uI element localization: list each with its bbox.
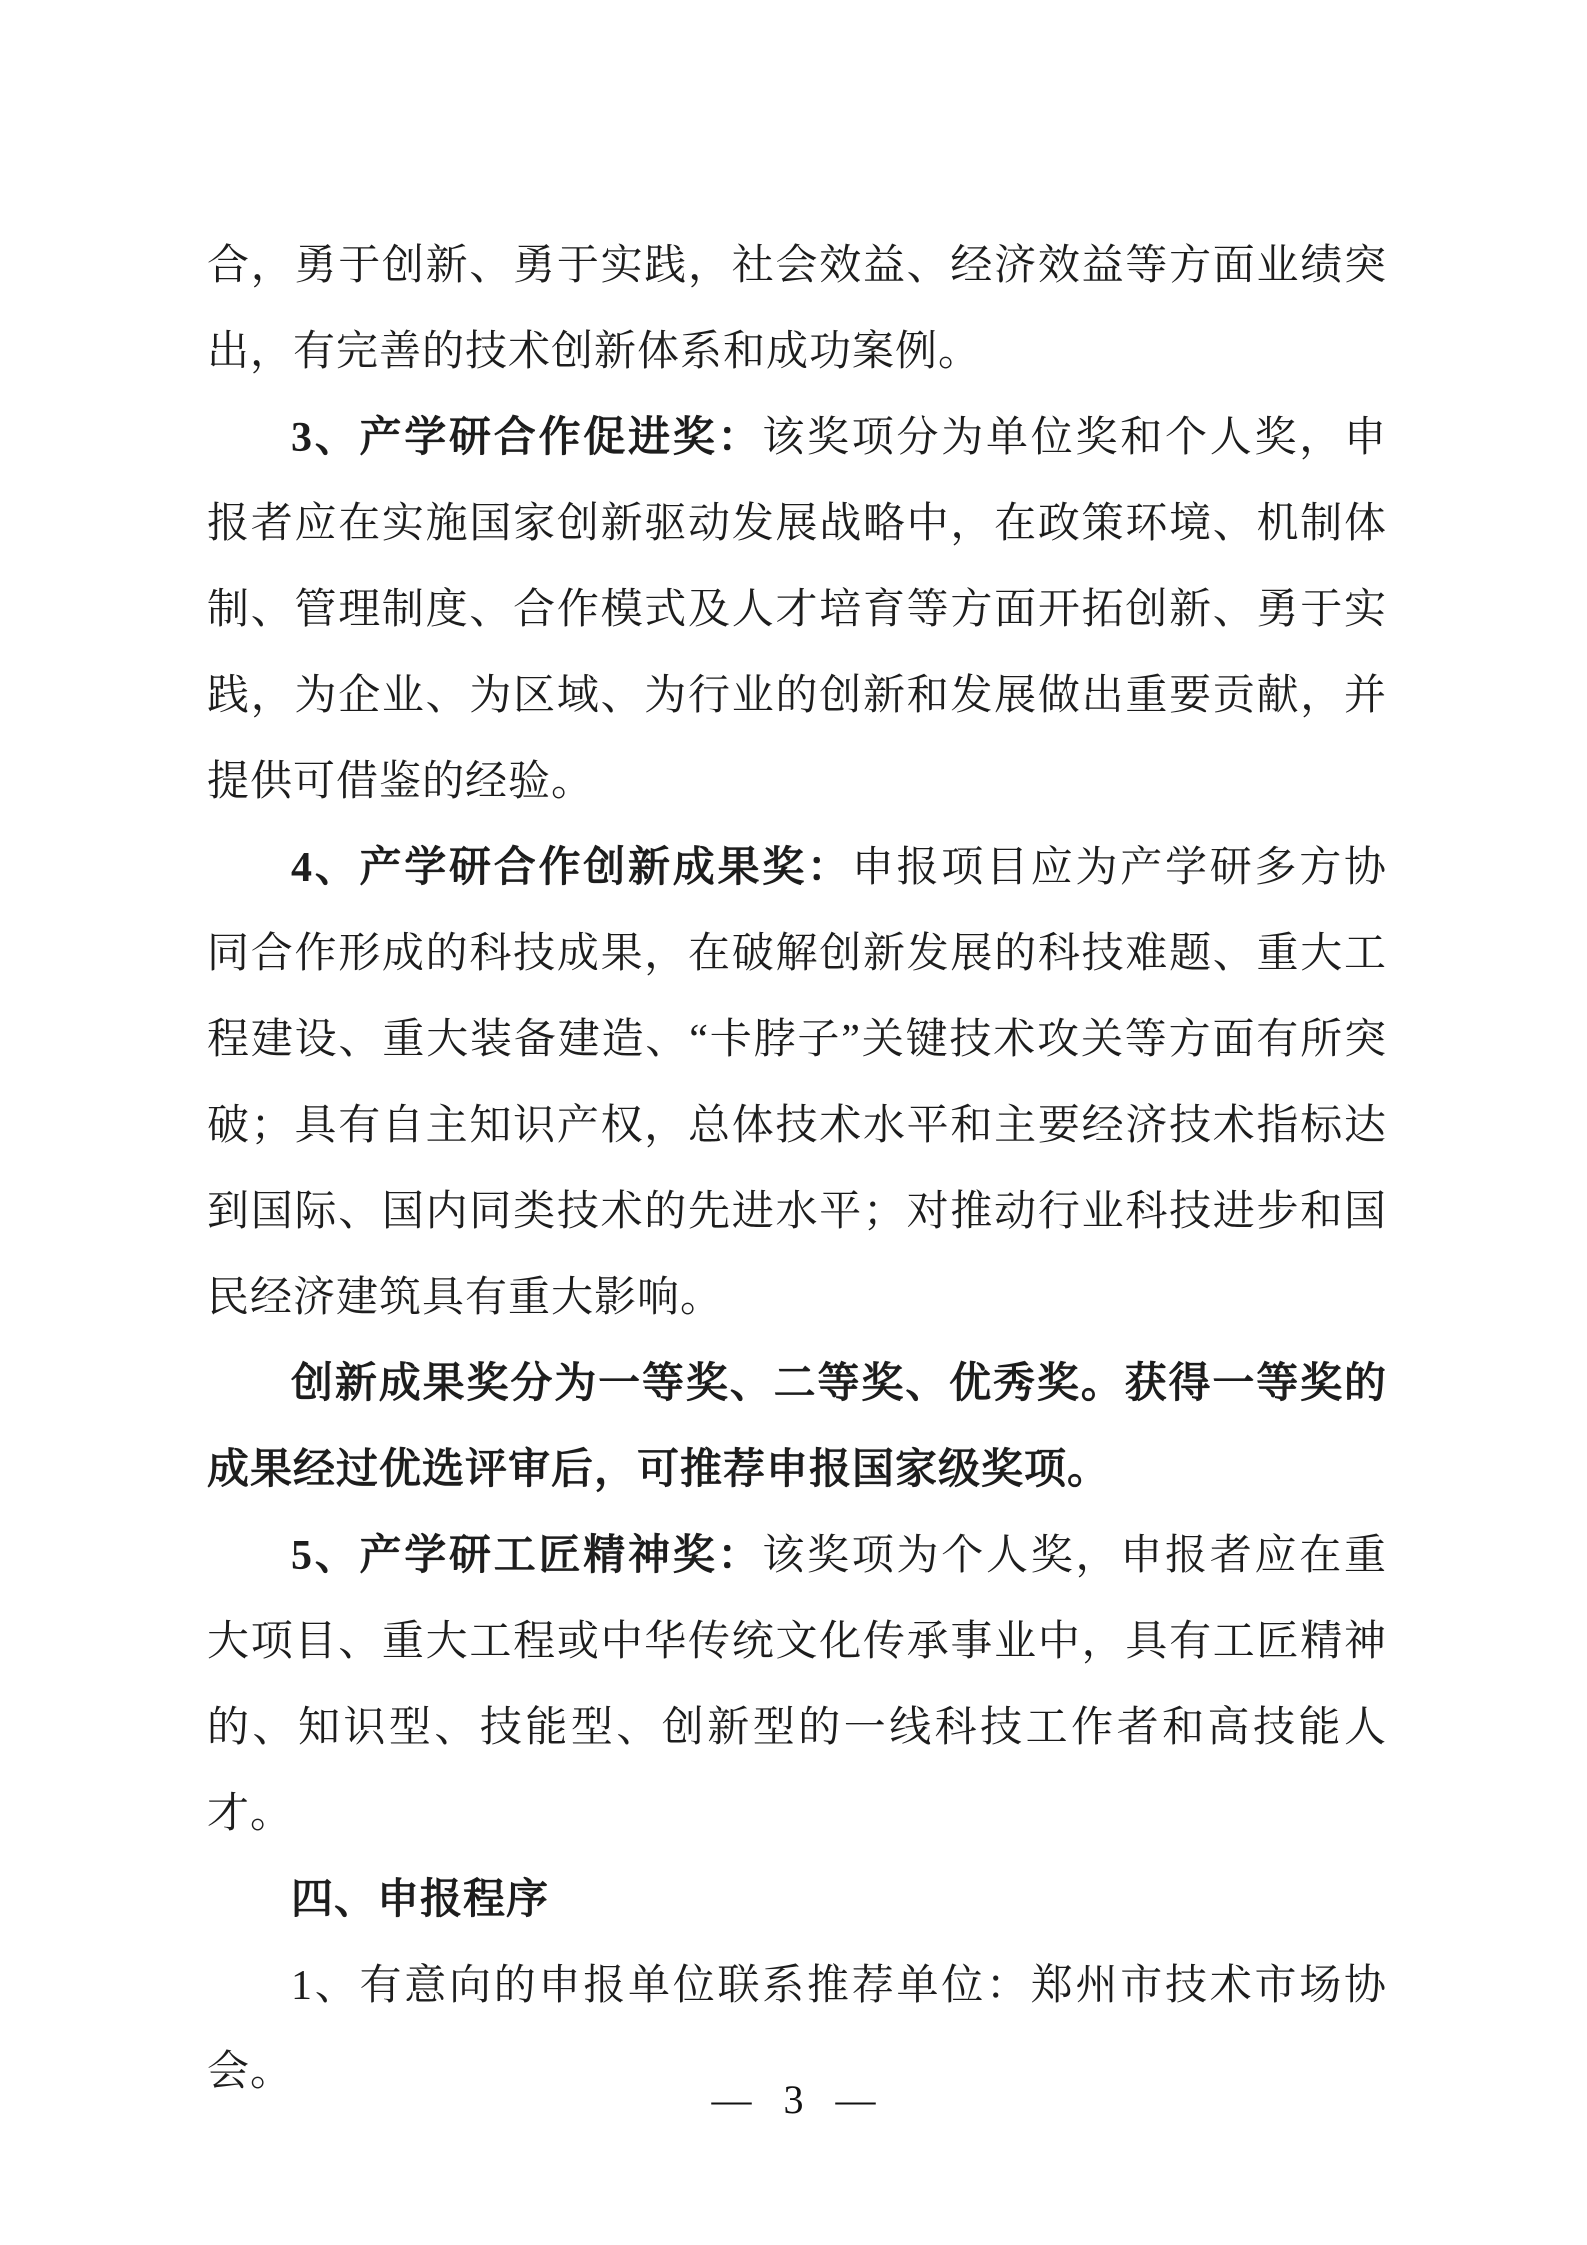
page-body-text: 合，勇于创新、勇于实践，社会效益、经济效益等方面业绩突出，有完善的技术创新体系和… (207, 223, 1387, 2115)
heading-section-four: 四、申报程序 (207, 1857, 1387, 1943)
procedure-1-text: 1、有意向的申报单位联系推荐单位：郑州市技术市场协会。 (207, 1963, 1387, 2095)
award-grades-text: 创新成果奖分为一等奖、二等奖、优秀奖。获得一等奖的成果经过优选评审后，可推荐申报… (207, 1361, 1387, 1493)
award-3-description: 该奖项分为单位奖和个人奖，申报者应在实施国家创新驱动发展战略中，在政策环境、机制… (207, 415, 1387, 805)
footer: — 3 — (0, 2078, 1587, 2122)
document-page: 合，勇于创新、勇于实践，社会效益、经济效益等方面业绩突出，有完善的技术创新体系和… (0, 0, 1587, 2245)
award-4-title: 4、产学研合作创新成果奖： (291, 845, 852, 891)
paragraph-continuation-text: 合，勇于创新、勇于实践，社会效益、经济效益等方面业绩突出，有完善的技术创新体系和… (207, 243, 1387, 375)
paragraph-award-grades: 创新成果奖分为一等奖、二等奖、优秀奖。获得一等奖的成果经过优选评审后，可推荐申报… (207, 1341, 1387, 1513)
award-5-title: 5、产学研工匠精神奖： (291, 1533, 762, 1579)
award-4-description: 申报项目应为产学研多方协同合作形成的科技成果，在破解创新发展的科技难题、重大工程… (207, 845, 1387, 1321)
paragraph-award-4: 4、产学研合作创新成果奖：申报项目应为产学研多方协同合作形成的科技成果，在破解创… (207, 825, 1387, 1341)
page-number: — 3 — (712, 2077, 876, 2122)
award-3-title: 3、产学研合作促进奖： (291, 415, 762, 461)
paragraph-award-3: 3、产学研合作促进奖：该奖项分为单位奖和个人奖，申报者应在实施国家创新驱动发展战… (207, 395, 1387, 825)
paragraph-award-5: 5、产学研工匠精神奖：该奖项为个人奖，申报者应在重大项目、重大工程或中华传统文化… (207, 1513, 1387, 1857)
paragraph-continuation: 合，勇于创新、勇于实践，社会效益、经济效益等方面业绩突出，有完善的技术创新体系和… (207, 223, 1387, 395)
section-four-title: 四、申报程序 (291, 1877, 549, 1923)
